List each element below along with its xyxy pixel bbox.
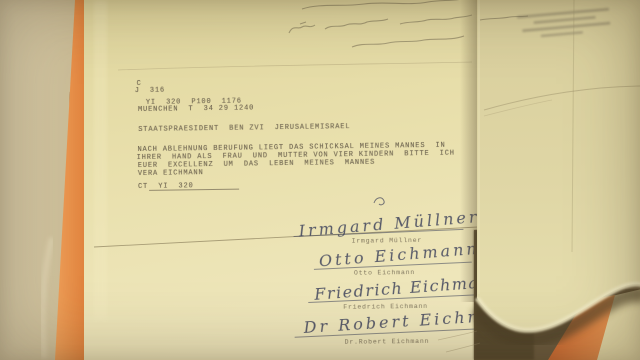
archive-photo-telegram-document: C J 316 YI 320 P100 1176 MUENCHEN T 34 2… <box>0 0 640 360</box>
small-ink-mark <box>374 198 384 205</box>
right-page-foreground <box>0 0 640 360</box>
curled-right-page <box>477 0 640 340</box>
page-corner-crease-lines <box>438 331 480 352</box>
